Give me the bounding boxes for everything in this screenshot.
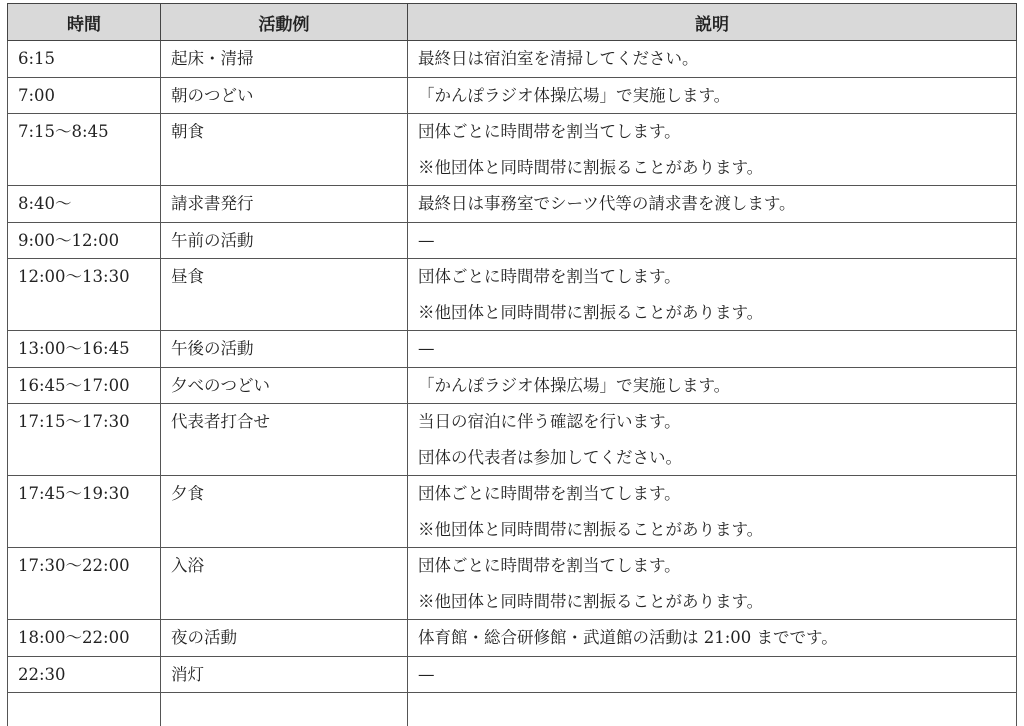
time-text: 18:00〜22:00	[18, 620, 150, 656]
time-text: 9:00〜12:00	[18, 223, 150, 259]
activity-cell: 起床・清掃	[161, 41, 408, 78]
time-text: 8:40〜	[18, 186, 150, 222]
table-row: 17:30〜22:00 入浴 団体ごとに時間帯を割当てします。 ※他団体と同時間…	[8, 548, 1017, 620]
activity-cell: 夕食	[161, 476, 408, 548]
time-cell: 7:15〜8:45	[8, 114, 161, 186]
header-description: 説明	[408, 4, 1017, 41]
activity-cell: 午後の活動	[161, 331, 408, 368]
activity-cell: 昼食	[161, 259, 408, 331]
table-body: 6:15 起床・清掃 最終日は宿泊室を清掃してください。 7:00 朝のつどい …	[8, 41, 1017, 726]
table-row: 9:00〜12:00 午前の活動 —	[8, 222, 1017, 259]
table-header: 時間 活動例 説明	[8, 4, 1017, 41]
activity-cell: 請求書発行	[161, 186, 408, 223]
time-cell	[8, 693, 161, 726]
table-row: 16:45〜17:00 夕べのつどい 「かんぽラジオ体操広場」で実施します。	[8, 367, 1017, 404]
activity-cell: 朝食	[161, 114, 408, 186]
table-row: 17:15〜17:30 代表者打合せ 当日の宿泊に伴う確認を行います。 団体の代…	[8, 404, 1017, 476]
description-cell: 「かんぽラジオ体操広場」で実施します。	[408, 367, 1017, 404]
activity-cell: 消灯	[161, 656, 408, 693]
activity-text: 入浴	[171, 548, 397, 584]
description-cell: 「かんぽラジオ体操広場」で実施します。	[408, 77, 1017, 114]
activity-cell: 入浴	[161, 548, 408, 620]
description-line	[418, 693, 1006, 726]
activity-cell	[161, 693, 408, 726]
table-row: 8:40〜 請求書発行 最終日は事務室でシーツ代等の請求書を渡します。	[8, 186, 1017, 223]
time-cell: 22:30	[8, 656, 161, 693]
time-cell: 12:00〜13:30	[8, 259, 161, 331]
activity-text: 消灯	[171, 657, 397, 693]
description-line: 「かんぽラジオ体操広場」で実施します。	[418, 78, 1006, 114]
time-cell: 16:45〜17:00	[8, 367, 161, 404]
activity-text: 朝のつどい	[171, 78, 397, 114]
description-line: ※他団体と同時間帯に割振ることがあります。	[418, 295, 1006, 331]
description-line: 最終日は宿泊室を清掃してください。	[418, 41, 1006, 77]
description-line: 団体ごとに時間帯を割当てします。	[418, 548, 1006, 584]
description-line: 団体の代表者は参加してください。	[418, 440, 1006, 476]
activity-text: 夜の活動	[171, 620, 397, 656]
activity-cell: 朝のつどい	[161, 77, 408, 114]
description-line: 体育館・総合研修館・武道館の活動は 21:00 までです。	[418, 620, 1006, 656]
description-cell: 体育館・総合研修館・武道館の活動は 21:00 までです。	[408, 620, 1017, 657]
time-cell: 17:15〜17:30	[8, 404, 161, 476]
description-line: 「かんぽラジオ体操広場」で実施します。	[418, 368, 1006, 404]
header-activity: 活動例	[161, 4, 408, 41]
description-cell: 最終日は宿泊室を清掃してください。	[408, 41, 1017, 78]
table-row: 13:00〜16:45 午後の活動 —	[8, 331, 1017, 368]
table-row: 7:00 朝のつどい 「かんぽラジオ体操広場」で実施します。	[8, 77, 1017, 114]
description-cell: —	[408, 656, 1017, 693]
description-line: —	[418, 331, 1006, 367]
description-line: 最終日は事務室でシーツ代等の請求書を渡します。	[418, 186, 1006, 222]
activity-cell: 夜の活動	[161, 620, 408, 657]
header-row: 時間 活動例 説明	[8, 4, 1017, 41]
description-line: ※他団体と同時間帯に割振ることがあります。	[418, 512, 1006, 548]
time-text: 16:45〜17:00	[18, 368, 150, 404]
activity-text: 請求書発行	[171, 186, 397, 222]
description-cell: 当日の宿泊に伴う確認を行います。 団体の代表者は参加してください。	[408, 404, 1017, 476]
schedule-page: 時間 活動例 説明 6:15 起床・清掃 最終日は宿泊室を清掃してください。 7…	[0, 0, 1024, 726]
time-cell: 6:15	[8, 41, 161, 78]
table-row: 17:45〜19:30 夕食 団体ごとに時間帯を割当てします。 ※他団体と同時間…	[8, 476, 1017, 548]
description-cell: 団体ごとに時間帯を割当てします。 ※他団体と同時間帯に割振ることがあります。	[408, 259, 1017, 331]
description-cell: —	[408, 331, 1017, 368]
activity-text: 午後の活動	[171, 331, 397, 367]
description-line: ※他団体と同時間帯に割振ることがあります。	[418, 584, 1006, 620]
time-cell: 8:40〜	[8, 186, 161, 223]
activity-text	[171, 693, 397, 726]
activity-text: 起床・清掃	[171, 41, 397, 77]
time-cell: 7:00	[8, 77, 161, 114]
time-text: 22:30	[18, 657, 150, 693]
time-text: 13:00〜16:45	[18, 331, 150, 367]
time-text: 6:15	[18, 41, 150, 77]
description-line: 団体ごとに時間帯を割当てします。	[418, 476, 1006, 512]
time-cell: 9:00〜12:00	[8, 222, 161, 259]
table-row: 18:00〜22:00 夜の活動 体育館・総合研修館・武道館の活動は 21:00…	[8, 620, 1017, 657]
activity-text: 夕べのつどい	[171, 368, 397, 404]
header-time: 時間	[8, 4, 161, 41]
description-cell: 団体ごとに時間帯を割当てします。 ※他団体と同時間帯に割振ることがあります。	[408, 476, 1017, 548]
table-row-empty	[8, 693, 1017, 726]
time-text	[18, 693, 150, 726]
activity-text: 代表者打合せ	[171, 404, 397, 440]
description-line: 団体ごとに時間帯を割当てします。	[418, 259, 1006, 295]
activity-cell: 代表者打合せ	[161, 404, 408, 476]
table-row: 7:15〜8:45 朝食 団体ごとに時間帯を割当てします。 ※他団体と同時間帯に…	[8, 114, 1017, 186]
time-cell: 17:45〜19:30	[8, 476, 161, 548]
description-line: —	[418, 223, 1006, 259]
time-cell: 18:00〜22:00	[8, 620, 161, 657]
activity-text: 昼食	[171, 259, 397, 295]
activity-text: 午前の活動	[171, 223, 397, 259]
time-text: 12:00〜13:30	[18, 259, 150, 295]
activity-text: 朝食	[171, 114, 397, 150]
activity-text: 夕食	[171, 476, 397, 512]
activity-cell: 午前の活動	[161, 222, 408, 259]
description-cell: —	[408, 222, 1017, 259]
time-text: 7:00	[18, 78, 150, 114]
time-text: 17:30〜22:00	[18, 548, 150, 584]
time-cell: 17:30〜22:00	[8, 548, 161, 620]
time-text: 17:45〜19:30	[18, 476, 150, 512]
description-cell: 最終日は事務室でシーツ代等の請求書を渡します。	[408, 186, 1017, 223]
description-line: ※他団体と同時間帯に割振ることがあります。	[418, 150, 1006, 186]
description-line: 当日の宿泊に伴う確認を行います。	[418, 404, 1006, 440]
time-cell: 13:00〜16:45	[8, 331, 161, 368]
description-cell: 団体ごとに時間帯を割当てします。 ※他団体と同時間帯に割振ることがあります。	[408, 114, 1017, 186]
daily-schedule-table: 時間 活動例 説明 6:15 起床・清掃 最終日は宿泊室を清掃してください。 7…	[7, 3, 1017, 726]
table-row: 22:30 消灯 —	[8, 656, 1017, 693]
activity-cell: 夕べのつどい	[161, 367, 408, 404]
description-line: —	[418, 657, 1006, 693]
description-cell: 団体ごとに時間帯を割当てします。 ※他団体と同時間帯に割振ることがあります。	[408, 548, 1017, 620]
description-line: 団体ごとに時間帯を割当てします。	[418, 114, 1006, 150]
table-row: 6:15 起床・清掃 最終日は宿泊室を清掃してください。	[8, 41, 1017, 78]
time-text: 17:15〜17:30	[18, 404, 150, 440]
description-cell	[408, 693, 1017, 726]
time-text: 7:15〜8:45	[18, 114, 150, 150]
table-row: 12:00〜13:30 昼食 団体ごとに時間帯を割当てします。 ※他団体と同時間…	[8, 259, 1017, 331]
